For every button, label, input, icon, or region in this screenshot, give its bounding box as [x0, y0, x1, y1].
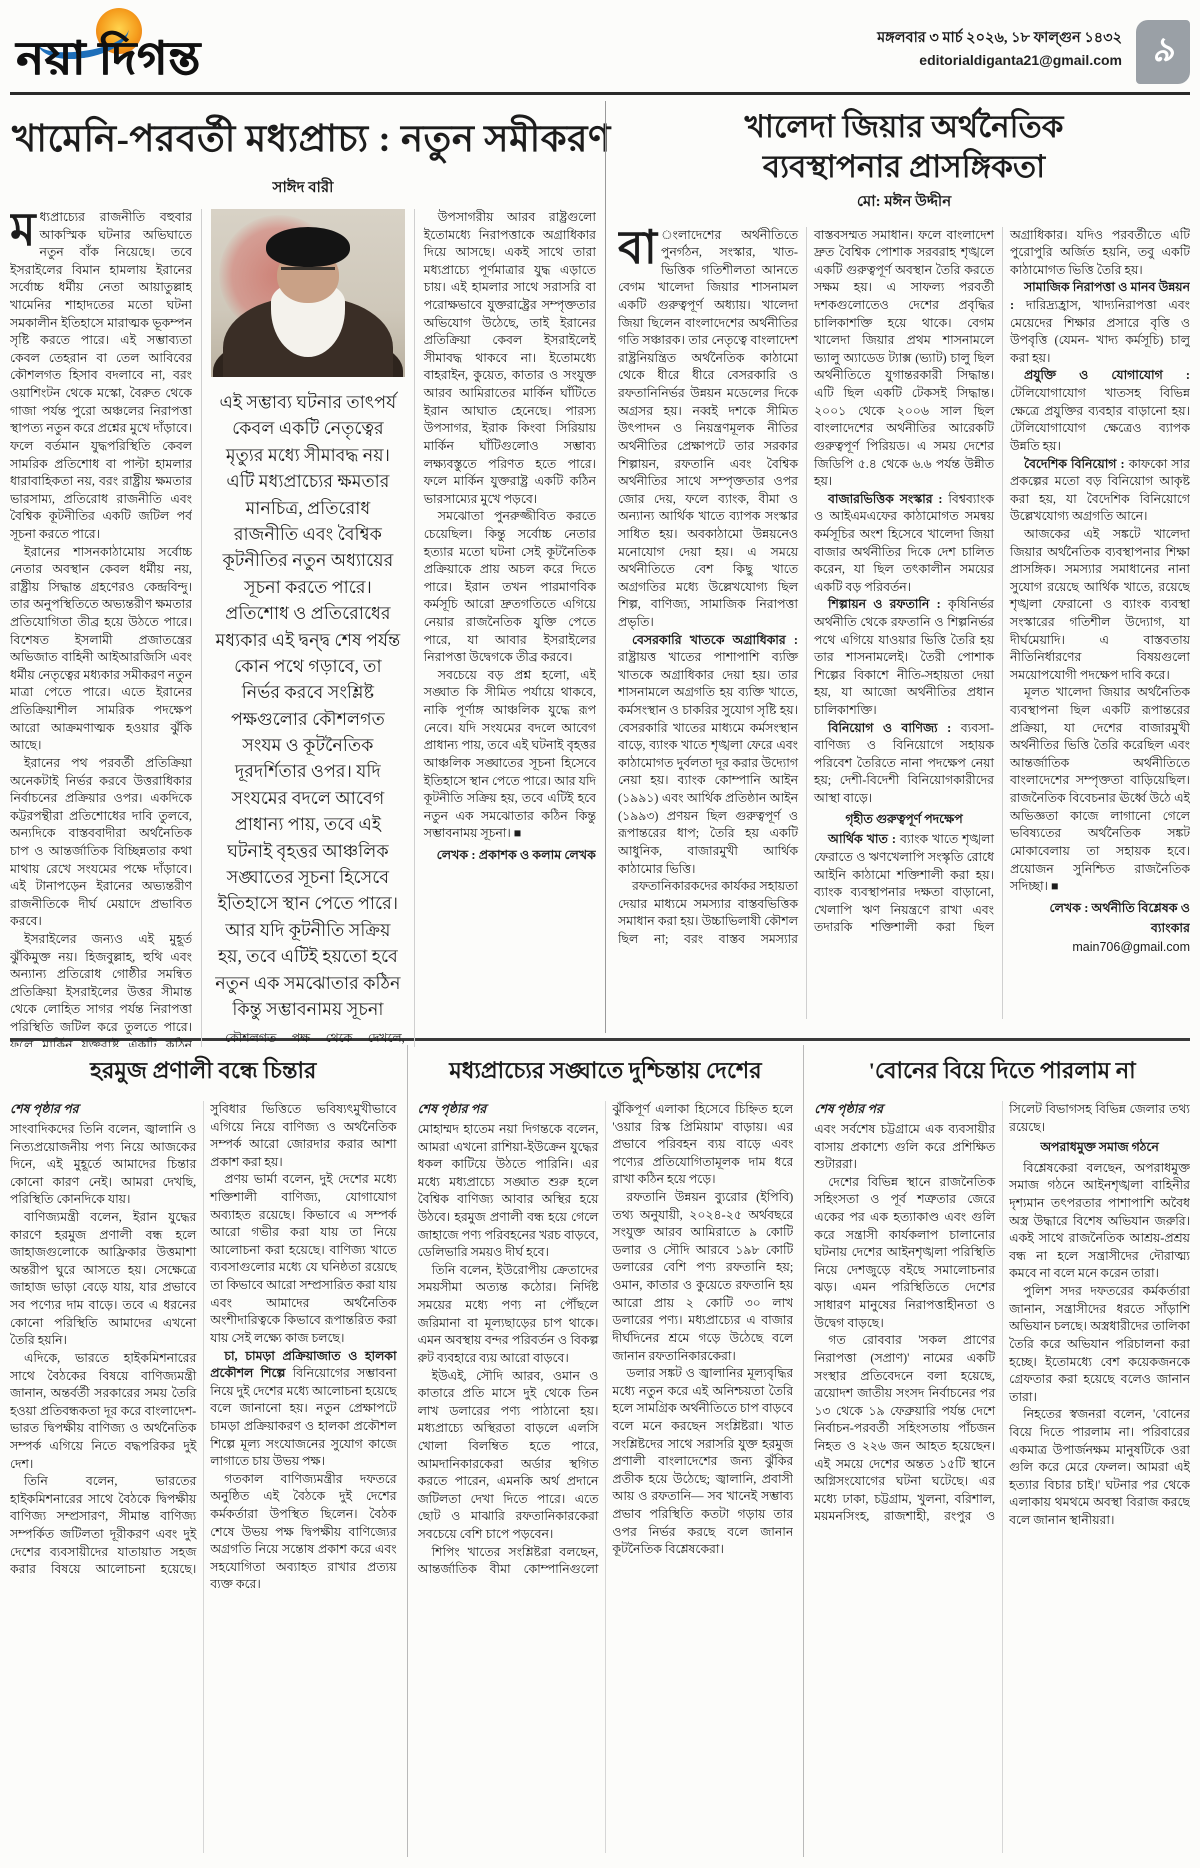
paragraph: মূলত খালেদা জিয়ার অর্থনৈতিক ব্যবস্থাপনা… — [1010, 684, 1190, 895]
paragraph: ইরানের পথ পরবর্তী প্রতিক্রিয়া অনেকটাই ন… — [10, 755, 192, 931]
econ-author-credit: লেখক : অর্থনীতি বিশ্লেষক ও ব্যাংকার — [1010, 900, 1190, 940]
article-mideast-worry: মধ্যপ্রাচ্যের সঙ্ঘাতে দুশ্চিন্তায় দেশের… — [407, 1045, 794, 1857]
newspaper-logo: নয়া দিগন্ত — [10, 6, 310, 86]
drop-cap: ম — [10, 209, 40, 249]
paragraph: এবং সর্বশেষ চট্টগ্রামে এক ব্যবসায়ীর বাস… — [814, 1121, 995, 1174]
article-khamenei: খামেনি-পরবর্তী মধ্যপ্রাচ্য : নতুন সমীকরণ… — [10, 101, 596, 1033]
paragraph: এদিকে, ভারতে হাইকমিশনারের সাথে বৈঠকের বি… — [10, 1350, 196, 1473]
photo-turban — [266, 227, 350, 267]
paragraph: সাংবাদিকদের তিনি বলেন, জ্বালানি ও নিত্যপ… — [10, 1121, 196, 1209]
paragraph: বাজারভিত্তিক সংস্কার : বিশ্বব্যাংক ও আইএ… — [814, 491, 994, 597]
hormuz-text: সাংবাদিকদের তিনি বলেন, জ্বালানি ও নিত্যপ… — [10, 1101, 397, 1594]
paragraph: সবচেয়ে বড় প্রশ্ন হলো, এই সঙ্ঘাত কি সীম… — [424, 667, 596, 843]
pull-quote: এই সম্ভাব্য ঘটনার তাৎপর্য কেবল একটি নেতৃ… — [211, 377, 405, 1030]
article-hormuz: হরমুজ প্রণালী বন্ধে চিন্তার শেষ পৃষ্ঠার … — [10, 1045, 397, 1857]
paragraph: তিনি বলেন, ইউরোপীয় ক্রেতাদের সময়সীমা অ… — [418, 1262, 599, 1368]
paragraph: গৃহীত গুরুত্বপূর্ণ পদক্ষেপ — [814, 811, 994, 829]
khamenei-photo — [211, 209, 405, 377]
paragraph: অপরাধমুক্ত সমাজ গঠনে — [1009, 1139, 1190, 1157]
econ-article-text: বাংলাদেশের অর্থনীতিতে পুনর্গঠন, সংস্কার,… — [618, 227, 1190, 954]
lead-column-2: এই সম্ভাব্য ঘটনার তাৎপর্য কেবল একটি নেতৃ… — [201, 209, 405, 1047]
hormuz-headline: হরমুজ প্রণালী বন্ধে চিন্তার — [10, 1045, 397, 1101]
paragraph: নিহতের স্বজনরা বলেন, 'বোনের বিয়ে দিতে প… — [1009, 1406, 1190, 1529]
paragraph: বেসরকারি খাতকে অগ্রাধিকার : রাষ্ট্রায়ত্… — [618, 632, 798, 879]
paragraph: রফতানি উন্নয়ন ব্যুরোর (ইপিবি) তথ্য অনুয… — [612, 1189, 793, 1365]
article-khaleda-economy: খালেদা জিয়ার অর্থনৈতিক ব্যবস্থাপনার প্র… — [605, 101, 1190, 1033]
page-number-tab: ৯ — [1136, 20, 1190, 84]
econ-article-byline: মো: মঈন উদ্দীন — [618, 188, 1190, 223]
newspaper-page: নয়া দিগন্ত মঙ্গলবার ৩ মার্চ ২০২৬, ১৮ ফা… — [0, 0, 1200, 1868]
paragraph: ইসরাইলের জন্যও এই মুহূর্ত ঝুঁকিমুক্ত নয়… — [10, 931, 192, 1047]
paragraph: ডলার সঙ্কট ও জ্বালানির মূল্যবৃদ্ধির মধ্য… — [612, 1365, 793, 1559]
paragraph: চা, চামড়া প্রক্রিয়াজাত ও হালকা প্রকৌশল… — [210, 1348, 396, 1471]
paragraph: আজকের এই সঙ্কটে খালেদা জিয়ার অর্থনৈতিক … — [1010, 526, 1190, 684]
paragraph: সামাজিক নিরাপত্তা ও মানব উন্নয়ন : দারিদ… — [1010, 279, 1190, 367]
paragraph: বাণিজ্যমন্ত্রী বলেন, ইরান যুদ্ধের কারণে … — [10, 1209, 196, 1350]
mideast-text: মোহাম্মদ হাতেম নয়া দিগন্তকে বলেন, আমরা … — [418, 1101, 794, 1579]
lead-article-byline: সাঈদ বারী — [10, 174, 596, 209]
mideast-headline: মধ্যপ্রাচ্যের সঙ্ঘাতে দুশ্চিন্তায় দেশের — [418, 1045, 794, 1101]
econ-article-headline: খালেদা জিয়ার অর্থনৈতিক ব্যবস্থাপনার প্র… — [618, 101, 1190, 188]
masthead: নয়া দিগন্ত মঙ্গলবার ৩ মার্চ ২০২৬, ১৮ ফা… — [10, 6, 1190, 90]
lead-author-credit: লেখক : প্রকাশক ও কলাম লেখক — [424, 847, 596, 867]
paragraph: ইউএই, সৌদি আরব, ওমান ও কাতারে প্রতি মাসে… — [418, 1368, 599, 1544]
paragraph: বৈদেশিক বিনিয়োগ : কাফকো সার প্রকল্পের ম… — [1010, 456, 1190, 526]
lead-column-3: উপসাগরীয় আরব রাষ্ট্রগুলো ইতোমধ্যে নিরাপ… — [414, 209, 596, 1047]
paragraph: বিশ্লেষকেরা বলছেন, অপরাধমুক্ত সমাজ গঠনে … — [1009, 1160, 1190, 1283]
upper-section: খামেনি-পরবর্তী মধ্যপ্রাচ্য : নতুন সমীকরণ… — [10, 101, 1190, 1033]
mideast-body: শেষ পৃষ্ঠার পর মোহাম্মদ হাতেম নয়া দিগন্… — [418, 1101, 794, 1853]
masthead-right: মঙ্গলবার ৩ মার্চ ২০২৬, ১৮ ফাল্গুন ১৪৩২ e… — [877, 20, 1190, 84]
paragraph: বিনিয়োগ ও বাণিজ্য : ব্যবসা-বাণিজ্য ও বি… — [814, 720, 994, 808]
article-sister-wedding: 'বোনের বিয়ে দিতে পারলাম না শেষ পৃষ্ঠার … — [803, 1045, 1190, 1857]
lead-column-3-text: উপসাগরীয় আরব রাষ্ট্রগুলো ইতোমধ্যে নিরাপ… — [424, 209, 596, 843]
sister-body: শেষ পৃষ্ঠার পর এবং সর্বশেষ চট্টগ্রামে এক… — [814, 1101, 1190, 1853]
lead-article-headline: খামেনি-পরবর্তী মধ্যপ্রাচ্য : নতুন সমীকরণ — [10, 101, 596, 174]
paragraph: প্রযুক্তি ও যোগাযোগ : টেলিযোগাযোগ খাতসহ … — [1010, 367, 1190, 455]
continued-from-label: শেষ পৃষ্ঠার পর — [418, 1101, 599, 1121]
sister-text: এবং সর্বশেষ চট্টগ্রামে এক ব্যবসায়ীর বাস… — [814, 1101, 1190, 1530]
econ-headline-line1: খালেদা জিয়ার অর্থনৈতিক — [618, 107, 1190, 147]
paragraph: দেশের বিভিন্ন স্থানে রাজনৈতিক সহিংসতা ও … — [814, 1174, 995, 1332]
continued-from-label: শেষ পৃষ্ঠার পর — [10, 1101, 196, 1121]
paragraph: মধ্যপ্রাচ্যের রাজনীতি বহুবার আকস্মিক ঘটন… — [10, 209, 192, 544]
lead-column-1: মধ্যপ্রাচ্যের রাজনীতি বহুবার আকস্মিক ঘটন… — [10, 209, 192, 1047]
econ-article-body: বাংলাদেশের অর্থনীতিতে পুনর্গঠন, সংস্কার,… — [618, 227, 1190, 1019]
paragraph: ইরানের শাসনকাঠামোয় সর্বোচ্চ নেতার অবস্থ… — [10, 544, 192, 755]
hormuz-body: শেষ পৃষ্ঠার পর সাংবাদিকদের তিনি বলেন, জ্… — [10, 1101, 397, 1853]
lead-article-body: মধ্যপ্রাচ্যের রাজনীতি বহুবার আকস্মিক ঘটন… — [10, 209, 596, 1047]
drop-cap: বা — [618, 227, 661, 267]
continued-articles-section: হরমুজ প্রণালী বন্ধে চিন্তার শেষ পৃষ্ঠার … — [10, 1045, 1190, 1857]
paragraph: উপসাগরীয় আরব রাষ্ট্রগুলো ইতোমধ্যে নিরাপ… — [424, 209, 596, 508]
date-line: মঙ্গলবার ৩ মার্চ ২০২৬, ১৮ ফাল্গুন ১৪৩২ — [877, 28, 1122, 50]
dateline-block: মঙ্গলবার ৩ মার্চ ২০২৬, ১৮ ফাল্গুন ১৪৩২ e… — [877, 28, 1122, 71]
paragraph: বাংলাদেশের অর্থনীতিতে পুনর্গঠন, সংস্কার,… — [618, 227, 798, 632]
newspaper-title: নয়া দিগন্ত — [16, 24, 201, 100]
editorial-email: editorialdiganta21@gmail.com — [877, 50, 1122, 71]
econ-author-email: main706@gmail.com — [1010, 940, 1190, 954]
paragraph: গতকাল বাণিজ্যমন্ত্রীর দফতরে অনুষ্ঠিত এই … — [210, 1471, 396, 1594]
continued-from-label: শেষ পৃষ্ঠার পর — [814, 1101, 995, 1121]
paragraph: মোহাম্মদ হাতেম নয়া দিগন্তকে বলেন, আমরা … — [418, 1121, 599, 1262]
sister-headline: 'বোনের বিয়ে দিতে পারলাম না — [814, 1045, 1190, 1101]
paragraph: প্রণয় ভার্মা বলেন, দুই দেশের মধ্যে শক্ত… — [210, 1171, 396, 1347]
paragraph: পুলিশ সদর দফতরের কর্মকর্তারা জানান, সন্ত… — [1009, 1283, 1190, 1406]
photo-glasses — [281, 267, 335, 277]
paragraph: শিল্পায়ন ও রফতানি : কৃষিনির্ভর অর্থনীতি… — [814, 596, 994, 719]
page-number: ৯ — [1152, 24, 1174, 81]
econ-headline-line2: ব্যবস্থাপনার প্রাসঙ্গিকতা — [618, 147, 1190, 187]
paragraph: সমঝোতা পুনরুজ্জীবিত করতে চেয়েছিল। কিন্ত… — [424, 508, 596, 666]
